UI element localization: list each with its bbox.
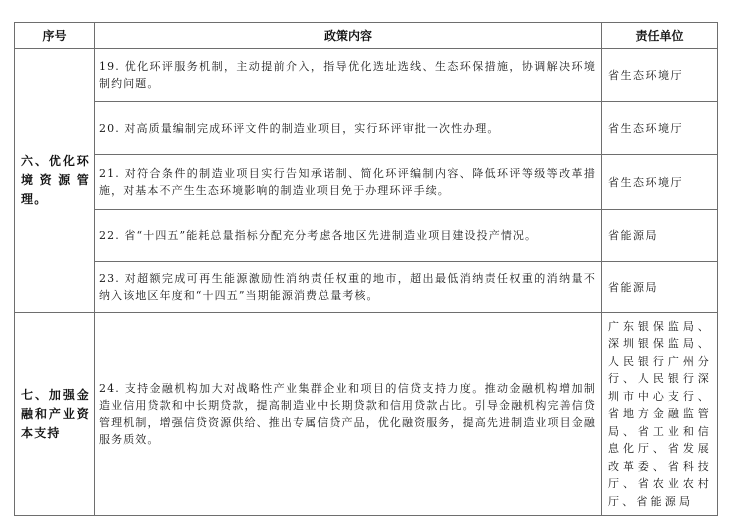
header-seq: 序号 (15, 23, 95, 49)
table-row: 21. 对符合条件的制造业项目实行告知承诺制、简化环评编制内容、降低环评等级等改… (15, 155, 718, 210)
table-row: 七、加强金融和产业资本支持 24. 支持金融机构加大对战略性产业集群企业和项目的… (15, 313, 718, 516)
responsible-unit-24: 广东银保监局、深圳银保监局、人民银行广州分行、人民银行深圳市中心支行、省地方金融… (602, 313, 718, 516)
responsible-unit-22: 省能源局 (602, 210, 718, 262)
policy-content-19: 19. 优化环评服务机制，主动提前介入，指导优化选址选线、生态环保措施，协调解决… (95, 49, 602, 102)
policy-table: 序号 政策内容 责任单位 六、优化环境资源管理。 19. 优化环评服务机制，主动… (14, 22, 718, 516)
table-row: 六、优化环境资源管理。 19. 优化环评服务机制，主动提前介入，指导优化选址选线… (15, 49, 718, 102)
section-title-6: 六、优化环境资源管理。 (15, 49, 95, 313)
policy-content-21: 21. 对符合条件的制造业项目实行告知承诺制、简化环评编制内容、降低环评等级等改… (95, 155, 602, 210)
policy-content-22: 22. 省“十四五”能耗总量指标分配充分考虑各地区先进制造业项目建设投产情况。 (95, 210, 602, 262)
policy-content-24: 24. 支持金融机构加大对战略性产业集群企业和项目的信贷支持力度。推动金融机构增… (95, 313, 602, 516)
table-header-row: 序号 政策内容 责任单位 (15, 23, 718, 49)
table-row: 20. 对高质量编制完成环评文件的制造业项目，实行环评审批一次性办理。 省生态环… (15, 102, 718, 155)
responsible-unit-21: 省生态环境厅 (602, 155, 718, 210)
section-title-7: 七、加强金融和产业资本支持 (15, 313, 95, 516)
table-row: 22. 省“十四五”能耗总量指标分配充分考虑各地区先进制造业项目建设投产情况。 … (15, 210, 718, 262)
header-content: 政策内容 (95, 23, 602, 49)
header-unit: 责任单位 (602, 23, 718, 49)
table-row: 23. 对超额完成可再生能源激励性消纳责任权重的地市，超出最低消纳责任权重的消纳… (15, 262, 718, 313)
policy-content-23: 23. 对超额完成可再生能源激励性消纳责任权重的地市，超出最低消纳责任权重的消纳… (95, 262, 602, 313)
responsible-unit-19: 省生态环境厅 (602, 49, 718, 102)
policy-content-20: 20. 对高质量编制完成环评文件的制造业项目，实行环评审批一次性办理。 (95, 102, 602, 155)
responsible-unit-23: 省能源局 (602, 262, 718, 313)
responsible-unit-20: 省生态环境厅 (602, 102, 718, 155)
